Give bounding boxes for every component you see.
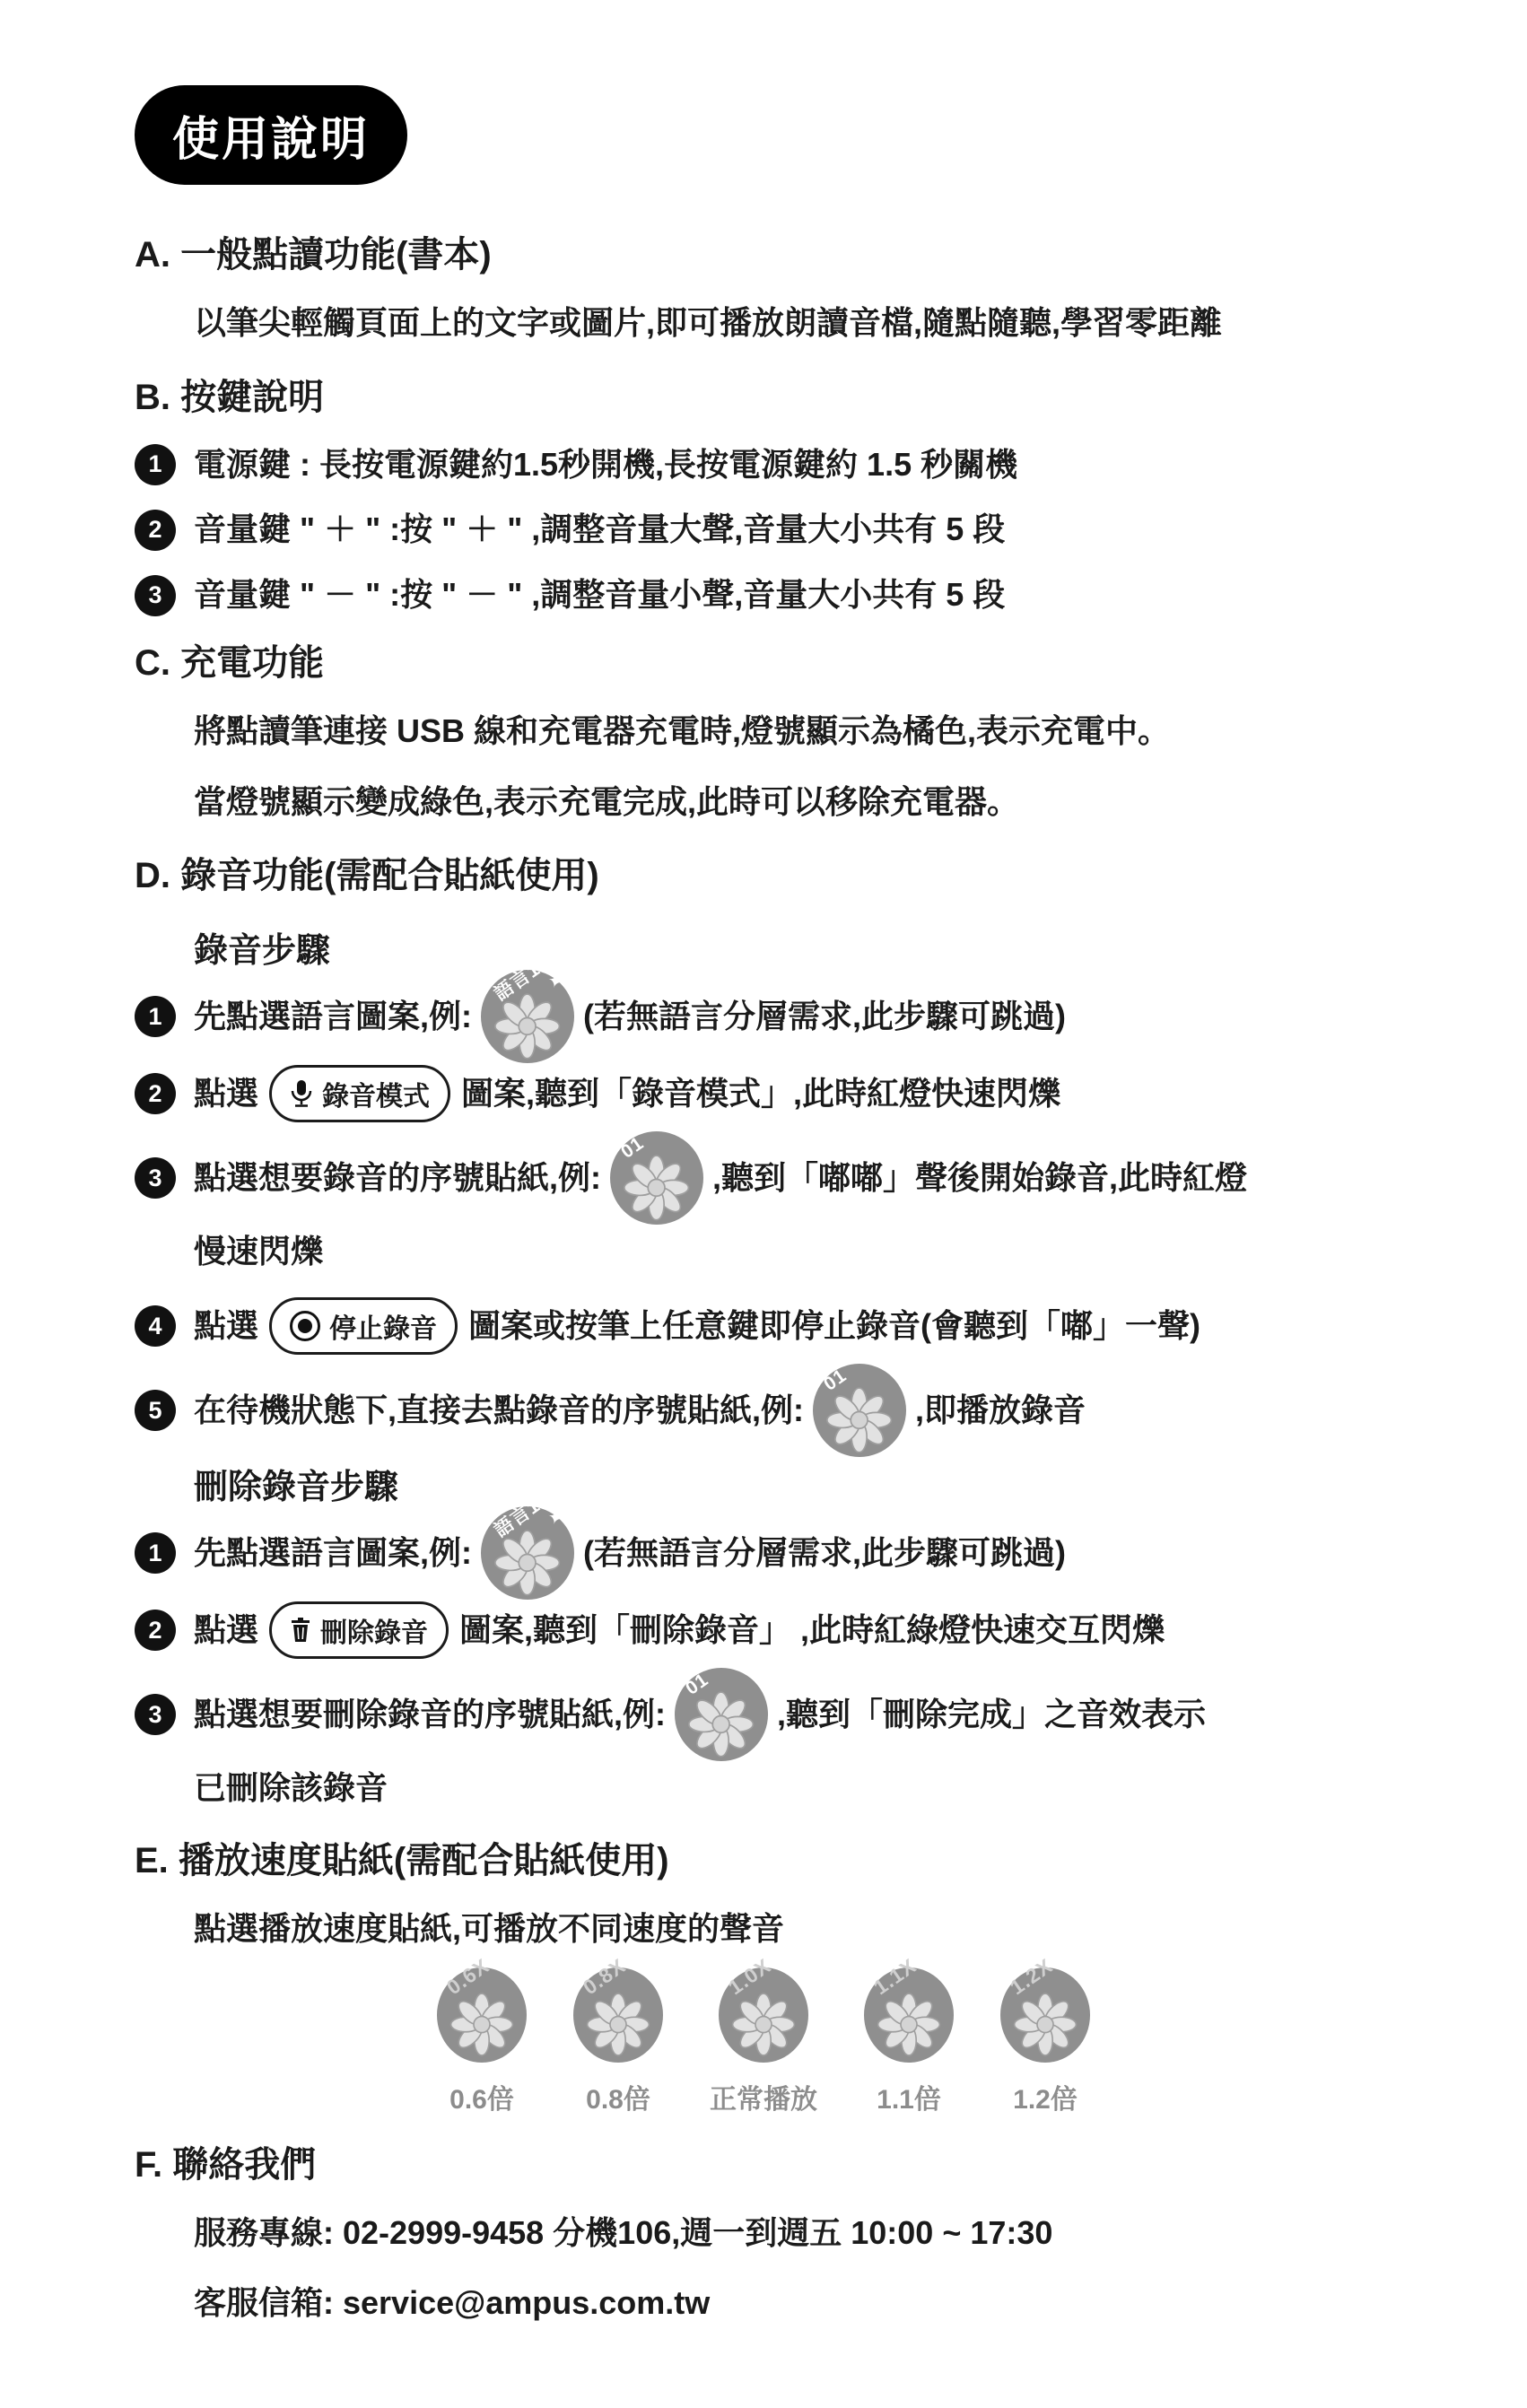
record-steps-title: 錄音步驟: [194, 922, 1392, 972]
trash-icon: [290, 1618, 311, 1643]
button-item-power: 1 電源鍵 : 長按電源鍵約1.5秒開機,長按電源鍵約 1.5 秒關機: [135, 444, 1392, 486]
step-text: ,聽到「嘟嘟」聲後開始錄音,此時紅燈: [712, 1157, 1247, 1200]
speed-sticker-badge: 1.1X: [864, 1967, 954, 2063]
number-badge: 2: [135, 1610, 176, 1651]
section-c-line1: 將點讀筆連接 USB 線和充電器充電時,燈號顯示為橘色,表示充電中。: [194, 710, 1392, 754]
step-text: 圖案,聽到「錄音模式」,此時紅燈快速閃爍: [461, 1073, 1060, 1115]
section-c-line2: 當燈號顯示變成綠色,表示充電完成,此時可以移除充電器。: [194, 781, 1392, 824]
flower-icon: [821, 1378, 897, 1454]
serial-sticker-01: 01: [813, 1364, 906, 1457]
flower-icon: [618, 1146, 694, 1222]
delete-step-2: 2 點選 刪除錄音 圖案,聽到「刪除錄音」 ,此時紅綠燈快速交互閃爍: [135, 1601, 1392, 1659]
speed-sticker-badge: 1.2X: [1000, 1967, 1090, 2063]
language-sticker: 語言1 ✦: [481, 970, 574, 1063]
pill-label: 停止錄音: [329, 1306, 437, 1346]
speed-sticker-0.6x: 0.6X 0.6倍: [437, 1967, 527, 2116]
serial-sticker-01: 01: [675, 1668, 768, 1761]
section-c-heading: C. 充電功能: [135, 640, 1392, 686]
language-sticker: 語言1 ✦: [481, 1506, 574, 1600]
speed-label: 正常播放: [710, 2077, 817, 2116]
flower-icon: [581, 1982, 655, 2060]
flower-icon: [872, 1982, 946, 2060]
number-badge: 1: [135, 996, 176, 1037]
button-item-volume-up: 2 音量鍵 " ＋ " :按 " ＋ " ,調整音量大聲,音量大小共有 5 段: [135, 509, 1392, 551]
record-step-2: 2 點選 錄音模式 圖案,聽到「錄音模式」,此時紅燈快速閃爍: [135, 1065, 1392, 1122]
speed-sticker-1.2x: 1.2X 1.2倍: [1000, 1967, 1090, 2116]
step-text: 圖案,聽到「刪除錄音」 ,此時紅綠燈快速交互閃爍: [459, 1610, 1165, 1652]
speed-label: 0.8倍: [586, 2077, 650, 2116]
record-step-1: 1 先點選語言圖案,例: 語言1 ✦ (若無語言分層需求,此步驟可跳過): [135, 984, 1392, 1049]
section-b-heading: B. 按鍵說明: [135, 374, 1392, 421]
delete-record-pill: 刪除錄音: [269, 1601, 449, 1659]
microphone-icon: [290, 1079, 313, 1108]
record-step-3-cont: 慢速閃爍: [194, 1226, 1392, 1272]
number-badge: 2: [135, 1073, 176, 1114]
speed-sticker-badge: 0.6X: [437, 1967, 527, 2063]
number-badge: 3: [135, 1157, 176, 1199]
flower-icon: [727, 1982, 800, 2060]
speed-sticker-1.0x: 1.0X 正常播放: [710, 1967, 817, 2116]
item-text: 音量鍵 " － " :按 " － " ,調整音量小聲,音量大小共有 5 段: [194, 574, 1005, 616]
step-text: 先點選語言圖案,例:: [194, 996, 472, 1038]
section-a-heading: A. 一般點讀功能(書本): [135, 231, 1392, 278]
number-badge: 1: [135, 1532, 176, 1574]
section-e-body: 點選播放速度貼紙,可播放不同速度的聲音: [194, 1907, 1392, 1951]
item-text: 電源鍵 : 長按電源鍵約1.5秒開機,長按電源鍵約 1.5 秒關機: [194, 444, 1017, 486]
delete-step-3: 3 點選想要刪除錄音的序號貼紙,例: 01 ,聽到「刪除完成」之音效表示: [135, 1682, 1392, 1747]
delete-step-1: 1 先點選語言圖案,例: 語言1 ✦ (若無語言分層需求,此步驟可跳過): [135, 1521, 1392, 1585]
step-text: 點選想要刪除錄音的序號貼紙,例:: [194, 1694, 666, 1736]
number-badge: 3: [135, 1694, 176, 1735]
step-text: 在待機狀態下,直接去點錄音的序號貼紙,例:: [194, 1390, 804, 1432]
flower-icon: [489, 984, 565, 1060]
record-step-5: 5 在待機狀態下,直接去點錄音的序號貼紙,例: 01 ,即播放錄音: [135, 1378, 1392, 1443]
stop-record-icon: [290, 1311, 320, 1341]
page-title: 使用說明: [135, 85, 407, 185]
step-text: ,即播放錄音: [915, 1390, 1086, 1432]
service-email: 客服信箱: service@ampus.com.tw: [194, 2281, 1392, 2325]
delete-step-3-cont: 已刪除該錄音: [194, 1763, 1392, 1809]
flower-icon: [489, 1521, 565, 1597]
pill-label: 錄音模式: [322, 1074, 430, 1113]
step-text: 點選: [194, 1610, 258, 1652]
speed-sticker-1.1x: 1.1X 1.1倍: [864, 1967, 954, 2116]
record-step-3: 3 點選想要錄音的序號貼紙,例: 01 ,聽到「嘟嘟」聲後開始錄音,此時紅燈: [135, 1146, 1392, 1210]
manual-page: 使用說明 A. 一般點讀功能(書本) 以筆尖輕觸頁面上的文字或圖片,即可播放朗讀…: [0, 0, 1527, 2408]
serial-sticker-01: 01: [610, 1131, 703, 1225]
section-d-heading: D. 錄音功能(需配合貼紙使用): [135, 852, 1392, 899]
step-text: 先點選語言圖案,例:: [194, 1532, 472, 1575]
section-f-heading: F. 聯絡我們: [135, 2142, 1392, 2188]
number-badge: 3: [135, 575, 176, 616]
speed-label: 0.6倍: [449, 2077, 514, 2116]
number-badge: 4: [135, 1305, 176, 1347]
number-badge: 1: [135, 444, 176, 485]
delete-steps-title: 刪除錄音步驟: [194, 1459, 1392, 1508]
step-text: ,聽到「刪除完成」之音效表示: [777, 1694, 1206, 1736]
flower-icon: [683, 1682, 759, 1758]
pill-label: 刪除錄音: [320, 1610, 428, 1650]
button-item-volume-down: 3 音量鍵 " － " :按 " － " ,調整音量小聲,音量大小共有 5 段: [135, 574, 1392, 616]
number-badge: 5: [135, 1390, 176, 1431]
speed-sticker-0.8x: 0.8X 0.8倍: [573, 1967, 663, 2116]
speed-sticker-row: 0.6X 0.6倍 0.8X 0.8倍 1.0X 正常播放 1.1X 1.: [135, 1967, 1392, 2116]
section-a-body: 以筆尖輕觸頁面上的文字或圖片,即可播放朗讀音檔,隨點隨聽,學習零距離: [194, 301, 1392, 345]
item-text: 音量鍵 " ＋ " :按 " ＋ " ,調整音量大聲,音量大小共有 5 段: [194, 509, 1005, 551]
flower-icon: [445, 1982, 519, 2060]
record-mode-pill: 錄音模式: [269, 1065, 450, 1122]
step-text: 點選: [194, 1305, 258, 1348]
service-line: 服務專線: 02-2999-9458 分機106,週一到週五 10:00 ~ 1…: [194, 2212, 1392, 2255]
number-badge: 2: [135, 510, 176, 551]
step-text: 圖案或按筆上任意鍵即停止錄音(會聽到「嘟」一聲): [468, 1305, 1200, 1348]
flower-icon: [1008, 1982, 1082, 2060]
step-text: 點選: [194, 1073, 258, 1115]
step-text: (若無語言分層需求,此步驟可跳過): [583, 996, 1066, 1038]
step-text: (若無語言分層需求,此步驟可跳過): [583, 1532, 1066, 1575]
section-e-heading: E. 播放速度貼紙(需配合貼紙使用): [135, 1837, 1392, 1884]
speed-label: 1.2倍: [1013, 2077, 1078, 2116]
speed-sticker-badge: 0.8X: [573, 1967, 663, 2063]
speed-label: 1.1倍: [877, 2077, 941, 2116]
stop-record-pill: 停止錄音: [269, 1297, 458, 1355]
record-step-4: 4 點選 停止錄音 圖案或按筆上任意鍵即停止錄音(會聽到「嘟」一聲): [135, 1297, 1392, 1355]
speed-sticker-badge: 1.0X: [719, 1967, 808, 2063]
step-text: 點選想要錄音的序號貼紙,例:: [194, 1157, 601, 1200]
